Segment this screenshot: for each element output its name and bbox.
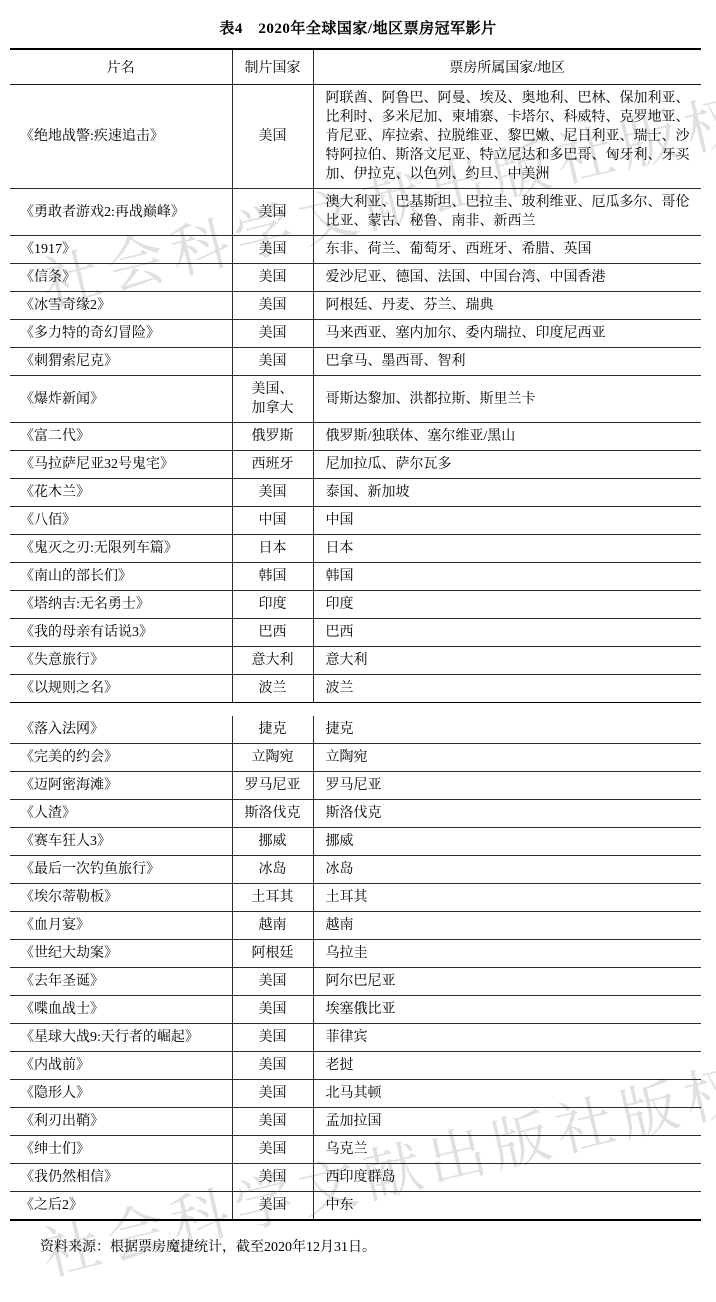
box-office-regions-cell: 埃塞俄比亚 xyxy=(313,996,701,1024)
producer-country-cell: 波兰 xyxy=(232,675,313,703)
film-title-cell: 《去年圣诞》 xyxy=(10,968,232,996)
document-content: 表4 2020年全球国家/地区票房冠军影片 片名 制片国家 票房所属国家/地区 … xyxy=(0,0,716,1256)
box-office-regions-cell: 老挝 xyxy=(313,1052,701,1080)
producer-country-cell: 美国 xyxy=(232,264,313,292)
film-title-cell: 《失意旅行》 xyxy=(10,647,232,675)
film-title-cell: 《落入法网》 xyxy=(10,716,232,744)
producer-country-cell: 立陶宛 xyxy=(232,744,313,772)
table-row: 《之后2》 美国 中东 xyxy=(10,1192,701,1221)
table-row: 《血月宴》 越南 越南 xyxy=(10,912,701,940)
box-office-regions-cell: 阿尔巴尼亚 xyxy=(313,968,701,996)
film-title-cell: 《我仍然相信》 xyxy=(10,1164,232,1192)
box-office-regions-cell: 印度 xyxy=(313,591,701,619)
film-title-cell: 《绅士们》 xyxy=(10,1136,232,1164)
film-title-cell: 《完美的约会》 xyxy=(10,744,232,772)
producer-country-cell: 美国 xyxy=(232,1136,313,1164)
table-row: 《星球大战9:天行者的崛起》 美国 菲律宾 xyxy=(10,1024,701,1052)
producer-country-cell: 冰岛 xyxy=(232,856,313,884)
box-office-table-part2: 《落入法网》 捷克 捷克 《完美的约会》 立陶宛 立陶宛 《迈阿密海滩》 罗马尼… xyxy=(10,716,701,1221)
box-office-regions-cell: 西印度群岛 xyxy=(313,1164,701,1192)
film-title-cell: 《迈阿密海滩》 xyxy=(10,772,232,800)
producer-country-cell: 美国 xyxy=(232,189,313,236)
table-row: 《八佰》 中国 中国 xyxy=(10,507,701,535)
film-title-cell: 《利刃出鞘》 xyxy=(10,1108,232,1136)
table-row: 《完美的约会》 立陶宛 立陶宛 xyxy=(10,744,701,772)
source-note: 资料来源：根据票房魔捷统计，截至2020年12月31日。 xyxy=(40,1236,716,1256)
box-office-regions-cell: 中东 xyxy=(313,1192,701,1221)
table-row: 《世纪大劫案》 阿根廷 乌拉圭 xyxy=(10,940,701,968)
producer-country-cell: 美国 xyxy=(232,1052,313,1080)
film-title-cell: 《富二代》 xyxy=(10,423,232,451)
box-office-regions-cell: 捷克 xyxy=(313,716,701,744)
film-title-cell: 《勇敢者游戏2:再战巅峰》 xyxy=(10,189,232,236)
box-office-regions-cell: 意大利 xyxy=(313,647,701,675)
producer-country-cell: 阿根廷 xyxy=(232,940,313,968)
col-header-regions: 票房所属国家/地区 xyxy=(313,49,701,85)
header-row: 片名 制片国家 票房所属国家/地区 xyxy=(10,49,701,85)
producer-country-cell: 美国 xyxy=(232,968,313,996)
table-row: 《喋血战士》 美国 埃塞俄比亚 xyxy=(10,996,701,1024)
table-row: 《绝地战警:疾速追击》 美国 阿联酋、阿鲁巴、阿曼、埃及、奥地利、巴林、保加利亚… xyxy=(10,85,701,189)
film-title-cell: 《内战前》 xyxy=(10,1052,232,1080)
box-office-regions-cell: 波兰 xyxy=(313,675,701,703)
box-office-regions-cell: 巴西 xyxy=(313,619,701,647)
film-title-cell: 《爆炸新闻》 xyxy=(10,376,232,423)
table-row: 《迈阿密海滩》 罗马尼亚 罗马尼亚 xyxy=(10,772,701,800)
table-row: 《1917》 美国 东非、荷兰、葡萄牙、西班牙、希腊、英国 xyxy=(10,236,701,264)
producer-country-cell: 美国、 加拿大 xyxy=(232,376,313,423)
producer-country-cell: 挪威 xyxy=(232,828,313,856)
box-office-regions-cell: 中国 xyxy=(313,507,701,535)
film-title-cell: 《1917》 xyxy=(10,236,232,264)
box-office-table-part1: 片名 制片国家 票房所属国家/地区 《绝地战警:疾速追击》 美国 阿联酋、阿鲁巴… xyxy=(10,48,701,703)
film-title-cell: 《多力特的奇幻冒险》 xyxy=(10,320,232,348)
box-office-regions-cell: 日本 xyxy=(313,535,701,563)
producer-country-cell: 中国 xyxy=(232,507,313,535)
table-row: 《绅士们》 美国 乌克兰 xyxy=(10,1136,701,1164)
film-title-cell: 《马拉萨尼亚32号鬼宅》 xyxy=(10,451,232,479)
film-title-cell: 《隐形人》 xyxy=(10,1080,232,1108)
film-title-cell: 《南山的部长们》 xyxy=(10,563,232,591)
box-office-regions-cell: 泰国、新加坡 xyxy=(313,479,701,507)
box-office-regions-cell: 尼加拉瓜、萨尔瓦多 xyxy=(313,451,701,479)
producer-country-cell: 巴西 xyxy=(232,619,313,647)
box-office-regions-cell: 罗马尼亚 xyxy=(313,772,701,800)
producer-country-cell: 斯洛伐克 xyxy=(232,800,313,828)
film-title-cell: 《信条》 xyxy=(10,264,232,292)
box-office-regions-cell: 韩国 xyxy=(313,563,701,591)
table-title: 表4 2020年全球国家/地区票房冠军影片 xyxy=(0,0,716,38)
table-row: 《埃尔蒂勒板》 土耳其 土耳其 xyxy=(10,884,701,912)
table-row: 《人渣》 斯洛伐克 斯洛伐克 xyxy=(10,800,701,828)
producer-country-cell: 美国 xyxy=(232,292,313,320)
table-row: 《信条》 美国 爱沙尼亚、德国、法国、中国台湾、中国香港 xyxy=(10,264,701,292)
table-row: 《赛车狂人3》 挪威 挪威 xyxy=(10,828,701,856)
film-title-cell: 《冰雪奇缘2》 xyxy=(10,292,232,320)
box-office-regions-cell: 巴拿马、墨西哥、智利 xyxy=(313,348,701,376)
box-office-regions-cell: 马来西亚、塞内加尔、委内瑞拉、印度尼西亚 xyxy=(313,320,701,348)
box-office-regions-cell: 俄罗斯/独联体、塞尔维亚/黑山 xyxy=(313,423,701,451)
producer-country-cell: 越南 xyxy=(232,912,313,940)
table-row: 《落入法网》 捷克 捷克 xyxy=(10,716,701,744)
film-title-cell: 《鬼灭之刃:无限列车篇》 xyxy=(10,535,232,563)
producer-country-cell: 美国 xyxy=(232,1080,313,1108)
table-row: 《马拉萨尼亚32号鬼宅》 西班牙 尼加拉瓜、萨尔瓦多 xyxy=(10,451,701,479)
box-office-regions-cell: 哥斯达黎加、洪都拉斯、斯里兰卡 xyxy=(313,376,701,423)
box-office-regions-cell: 立陶宛 xyxy=(313,744,701,772)
film-title-cell: 《世纪大劫案》 xyxy=(10,940,232,968)
producer-country-cell: 罗马尼亚 xyxy=(232,772,313,800)
film-title-cell: 《埃尔蒂勒板》 xyxy=(10,884,232,912)
table-row: 《最后一次钓鱼旅行》 冰岛 冰岛 xyxy=(10,856,701,884)
box-office-regions-cell: 越南 xyxy=(313,912,701,940)
col-header-film: 片名 xyxy=(10,49,232,85)
table-row: 《塔纳吉:无名勇士》 印度 印度 xyxy=(10,591,701,619)
box-office-regions-cell: 菲律宾 xyxy=(313,1024,701,1052)
table-row: 《冰雪奇缘2》 美国 阿根廷、丹麦、芬兰、瑞典 xyxy=(10,292,701,320)
film-title-cell: 《之后2》 xyxy=(10,1192,232,1221)
producer-country-cell: 日本 xyxy=(232,535,313,563)
table-row: 《隐形人》 美国 北马其顿 xyxy=(10,1080,701,1108)
table-row: 《勇敢者游戏2:再战巅峰》 美国 澳大利亚、巴基斯坦、巴拉圭、玻利维亚、厄瓜多尔… xyxy=(10,189,701,236)
box-office-regions-cell: 乌克兰 xyxy=(313,1136,701,1164)
box-office-regions-cell: 阿联酋、阿鲁巴、阿曼、埃及、奥地利、巴林、保加利亚、比利时、多米尼加、柬埔寨、卡… xyxy=(313,85,701,189)
page: 社会科学文献出版社版权所有 社会科学文献出版社版权所有 表4 2020年全球国家… xyxy=(0,0,716,1302)
producer-country-cell: 美国 xyxy=(232,1192,313,1221)
film-title-cell: 《星球大战9:天行者的崛起》 xyxy=(10,1024,232,1052)
table-row: 《我仍然相信》 美国 西印度群岛 xyxy=(10,1164,701,1192)
producer-country-cell: 美国 xyxy=(232,85,313,189)
film-title-cell: 《血月宴》 xyxy=(10,912,232,940)
table-row: 《鬼灭之刃:无限列车篇》 日本 日本 xyxy=(10,535,701,563)
producer-country-cell: 美国 xyxy=(232,996,313,1024)
table-row: 《我的母亲有话说3》 巴西 巴西 xyxy=(10,619,701,647)
producer-country-cell: 美国 xyxy=(232,1108,313,1136)
table-row: 《多力特的奇幻冒险》 美国 马来西亚、塞内加尔、委内瑞拉、印度尼西亚 xyxy=(10,320,701,348)
producer-country-cell: 俄罗斯 xyxy=(232,423,313,451)
table-row: 《去年圣诞》 美国 阿尔巴尼亚 xyxy=(10,968,701,996)
producer-country-cell: 土耳其 xyxy=(232,884,313,912)
table-row: 《利刃出鞘》 美国 孟加拉国 xyxy=(10,1108,701,1136)
producer-country-cell: 美国 xyxy=(232,479,313,507)
table-row: 《以规则之名》 波兰 波兰 xyxy=(10,675,701,703)
box-office-regions-cell: 北马其顿 xyxy=(313,1080,701,1108)
film-title-cell: 《以规则之名》 xyxy=(10,675,232,703)
film-title-cell: 《塔纳吉:无名勇士》 xyxy=(10,591,232,619)
box-office-regions-cell: 孟加拉国 xyxy=(313,1108,701,1136)
table-row: 《失意旅行》 意大利 意大利 xyxy=(10,647,701,675)
film-title-cell: 《绝地战警:疾速追击》 xyxy=(10,85,232,189)
producer-country-cell: 美国 xyxy=(232,1024,313,1052)
film-title-cell: 《赛车狂人3》 xyxy=(10,828,232,856)
producer-country-cell: 印度 xyxy=(232,591,313,619)
producer-country-cell: 美国 xyxy=(232,348,313,376)
box-office-regions-cell: 乌拉圭 xyxy=(313,940,701,968)
film-title-cell: 《我的母亲有话说3》 xyxy=(10,619,232,647)
film-title-cell: 《最后一次钓鱼旅行》 xyxy=(10,856,232,884)
table-row: 《内战前》 美国 老挝 xyxy=(10,1052,701,1080)
table-row: 《富二代》 俄罗斯 俄罗斯/独联体、塞尔维亚/黑山 xyxy=(10,423,701,451)
producer-country-cell: 西班牙 xyxy=(232,451,313,479)
table-row: 《花木兰》 美国 泰国、新加坡 xyxy=(10,479,701,507)
col-header-producer: 制片国家 xyxy=(232,49,313,85)
producer-country-cell: 韩国 xyxy=(232,563,313,591)
table-row: 《爆炸新闻》 美国、 加拿大 哥斯达黎加、洪都拉斯、斯里兰卡 xyxy=(10,376,701,423)
film-title-cell: 《花木兰》 xyxy=(10,479,232,507)
box-office-regions-cell: 斯洛伐克 xyxy=(313,800,701,828)
producer-country-cell: 美国 xyxy=(232,1164,313,1192)
box-office-regions-cell: 爱沙尼亚、德国、法国、中国台湾、中国香港 xyxy=(313,264,701,292)
film-title-cell: 《八佰》 xyxy=(10,507,232,535)
box-office-regions-cell: 东非、荷兰、葡萄牙、西班牙、希腊、英国 xyxy=(313,236,701,264)
producer-country-cell: 意大利 xyxy=(232,647,313,675)
film-title-cell: 《喋血战士》 xyxy=(10,996,232,1024)
box-office-regions-cell: 澳大利亚、巴基斯坦、巴拉圭、玻利维亚、厄瓜多尔、哥伦比亚、蒙古、秘鲁、南非、新西… xyxy=(313,189,701,236)
producer-country-cell: 捷克 xyxy=(232,716,313,744)
box-office-regions-cell: 土耳其 xyxy=(313,884,701,912)
box-office-regions-cell: 冰岛 xyxy=(313,856,701,884)
table-row: 《刺猬索尼克》 美国 巴拿马、墨西哥、智利 xyxy=(10,348,701,376)
box-office-regions-cell: 挪威 xyxy=(313,828,701,856)
film-title-cell: 《刺猬索尼克》 xyxy=(10,348,232,376)
producer-country-cell: 美国 xyxy=(232,320,313,348)
producer-country-cell: 美国 xyxy=(232,236,313,264)
table-row: 《南山的部长们》 韩国 韩国 xyxy=(10,563,701,591)
film-title-cell: 《人渣》 xyxy=(10,800,232,828)
box-office-regions-cell: 阿根廷、丹麦、芬兰、瑞典 xyxy=(313,292,701,320)
